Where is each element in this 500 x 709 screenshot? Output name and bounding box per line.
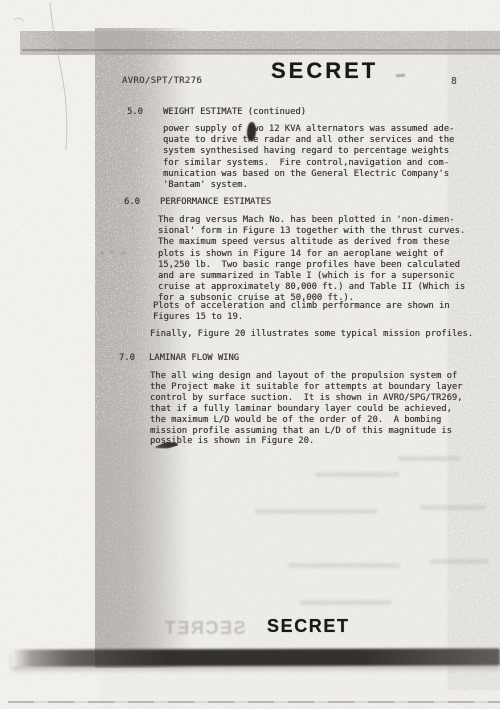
section-7-paragraph-1: The all wing design and layout of the pr… <box>150 371 462 447</box>
bleedthrough-mark <box>398 456 460 461</box>
scan-top-margin <box>0 0 500 31</box>
stray-mark <box>396 74 405 78</box>
scan-artifact-line <box>8 701 500 703</box>
section-5-number: 5.0 <box>127 107 143 118</box>
pencil-smudge <box>96 248 130 257</box>
section-6-paragraph-1: The drag versus Mach No. has been plotte… <box>158 215 465 305</box>
secret-stamp-bottom: SECRET <box>267 616 350 637</box>
bleedthrough-mark <box>300 600 392 605</box>
section-7-title: LAMINAR FLOW WING <box>149 353 239 364</box>
section-5-paragraph-1: power supply of two 12 KVA alternators w… <box>163 124 454 191</box>
page-edge-shadow <box>12 648 500 666</box>
section-6-number: 6.0 <box>124 197 140 208</box>
scan-left-margin <box>0 0 98 709</box>
section-6-paragraph-2: Plots of acceleration and climb performa… <box>153 301 450 323</box>
bleedthrough-mark <box>430 559 488 564</box>
bleedthrough-mark <box>315 472 399 477</box>
scanned-document-page: AVRO/SPT/TR276 SECRET 8 5.0 WEIGHT ESTIM… <box>0 0 500 709</box>
section-5-title: WEIGHT ESTIMATE (continued) <box>163 107 306 118</box>
bleedthrough-mark <box>255 509 377 514</box>
secret-stamp-top: SECRET <box>271 58 378 84</box>
section-6-paragraph-3: Finally, Figure 20 illustrates some typi… <box>150 329 473 340</box>
document-reference: AVRO/SPT/TR276 <box>122 76 202 87</box>
bleedthrough-mark <box>420 505 486 510</box>
secret-stamp-bleedthrough: SECRET <box>163 618 246 639</box>
section-6-title: PERFORMANCE ESTIMATES <box>160 197 271 208</box>
section-7-number: 7.0 <box>119 353 135 364</box>
page-number: 8 <box>451 76 457 87</box>
bleedthrough-mark <box>288 563 400 568</box>
